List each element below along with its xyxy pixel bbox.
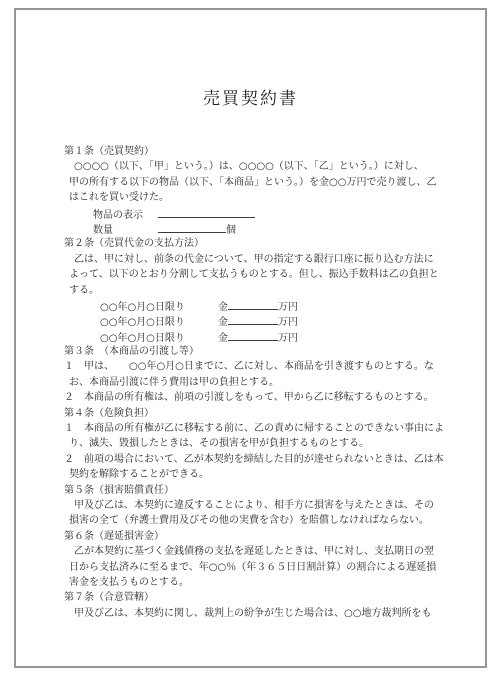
doc-line-p: よって、以下のとおり分割して支払うものとする。但し、振込手数料は乙の負担と <box>69 267 474 282</box>
doc-line-item: ２ 本商品の所有権は、前項の引渡しをもって、甲から乙に移転するものとする。 <box>64 390 474 405</box>
blank-underline <box>228 329 278 341</box>
doc-line-itemc: お、本商品引渡に伴う費用は甲の負担とする。 <box>69 375 474 390</box>
field-suffix: 個 <box>226 225 236 236</box>
doc-line-p: 日から支払済みに至るまで、年○○％（年３６５日日割計算）の割合による遅延損 <box>69 560 474 575</box>
doc-line-itemc: り、滅失、毀損したときは、その損害を甲が負担するものとする。 <box>69 436 474 451</box>
doc-line-item: １ 甲は、 ○○年○月○日までに、乙に対し、本商品を引き渡すものとする。な <box>64 359 474 374</box>
doc-line-article: 第４条（危険負担） <box>64 406 474 421</box>
doc-line-p: 損害の全て（弁護士費用及びその他の実費を含む）を賠償しなければならない。 <box>69 513 474 528</box>
doc-line-p: 甲の所有する以下の物品（以下、「本商品」という。）を金○○万円で売り渡し、乙 <box>69 175 474 190</box>
doc-line-item: ２ 前項の場合において、乙が本契約を締結した目的が達せられないときは、乙は本 <box>64 452 474 467</box>
doc-line-p: はこれを買い受けた。 <box>69 190 474 205</box>
doc-line-pay: ○○年○月○日限り金万円 <box>100 298 474 313</box>
doc-line-field: 物品の表示 <box>93 206 474 221</box>
doc-line-item: １ 本商品の所有権が乙に移転する前に、乙の責めに帰することのできない事由によ <box>64 421 474 436</box>
doc-line-itemc: 契約を解除することができる。 <box>69 467 474 482</box>
doc-line-p1: 乙は、甲に対し、前条の代金について、甲の指定する銀行口座に振り込む方法に <box>74 252 474 267</box>
blank-underline <box>228 313 278 325</box>
doc-line-article: 第１条（売買契約） <box>64 144 474 159</box>
doc-line-p: 害金を支払うものとする。 <box>69 575 474 590</box>
payment-prefix: 金 <box>218 333 228 344</box>
payment-suffix: 万円 <box>278 333 298 344</box>
blank-underline <box>228 298 278 310</box>
contract-page: 売買契約書 第１条（売買契約）○○○○（以下、「甲」という。）は、○○○○（以下… <box>14 8 487 668</box>
doc-line-p: する。 <box>69 283 474 298</box>
doc-line-pay: ○○年○月○日限り金万円 <box>100 329 474 344</box>
payment-prefix: 金 <box>218 317 228 328</box>
blank-underline <box>158 206 255 218</box>
doc-line-field: 数量個 <box>93 221 474 236</box>
document-title: 売買契約書 <box>16 84 485 109</box>
payment-prefix: 金 <box>218 302 228 313</box>
doc-line-p1: 甲及び乙は、本契約に違反することにより、相手方に損害を与えたときは、その <box>74 498 474 513</box>
doc-line-article: 第５条（損害賠償責任） <box>64 483 474 498</box>
document-body: 第１条（売買契約）○○○○（以下、「甲」という。）は、○○○○（以下、「乙」とい… <box>64 144 474 621</box>
doc-line-article: 第２条（売買代金の支払方法） <box>64 236 474 251</box>
doc-line-article: 第６条（遅延損害金） <box>64 529 474 544</box>
doc-line-article: 第３条 （本商品の引渡し等） <box>64 344 474 359</box>
doc-line-p1: ○○○○（以下、「甲」という。）は、○○○○（以下、「乙」という。）に対し、 <box>74 159 474 174</box>
doc-line-article: 第７条（合意管轄） <box>64 590 474 605</box>
payment-suffix: 万円 <box>278 317 298 328</box>
payment-suffix: 万円 <box>278 302 298 313</box>
doc-line-pay: ○○年○月○日限り金万円 <box>100 313 474 328</box>
blank-underline <box>158 221 226 233</box>
doc-line-p1: 乙が本契約に基づく金銭債務の支払を遅延したときは、甲に対し、支払期日の翌 <box>74 544 474 559</box>
doc-line-p1: 甲及び乙は、本契約に関し、裁判上の紛争が生じた場合は、○○地方裁判所をも <box>74 606 474 621</box>
